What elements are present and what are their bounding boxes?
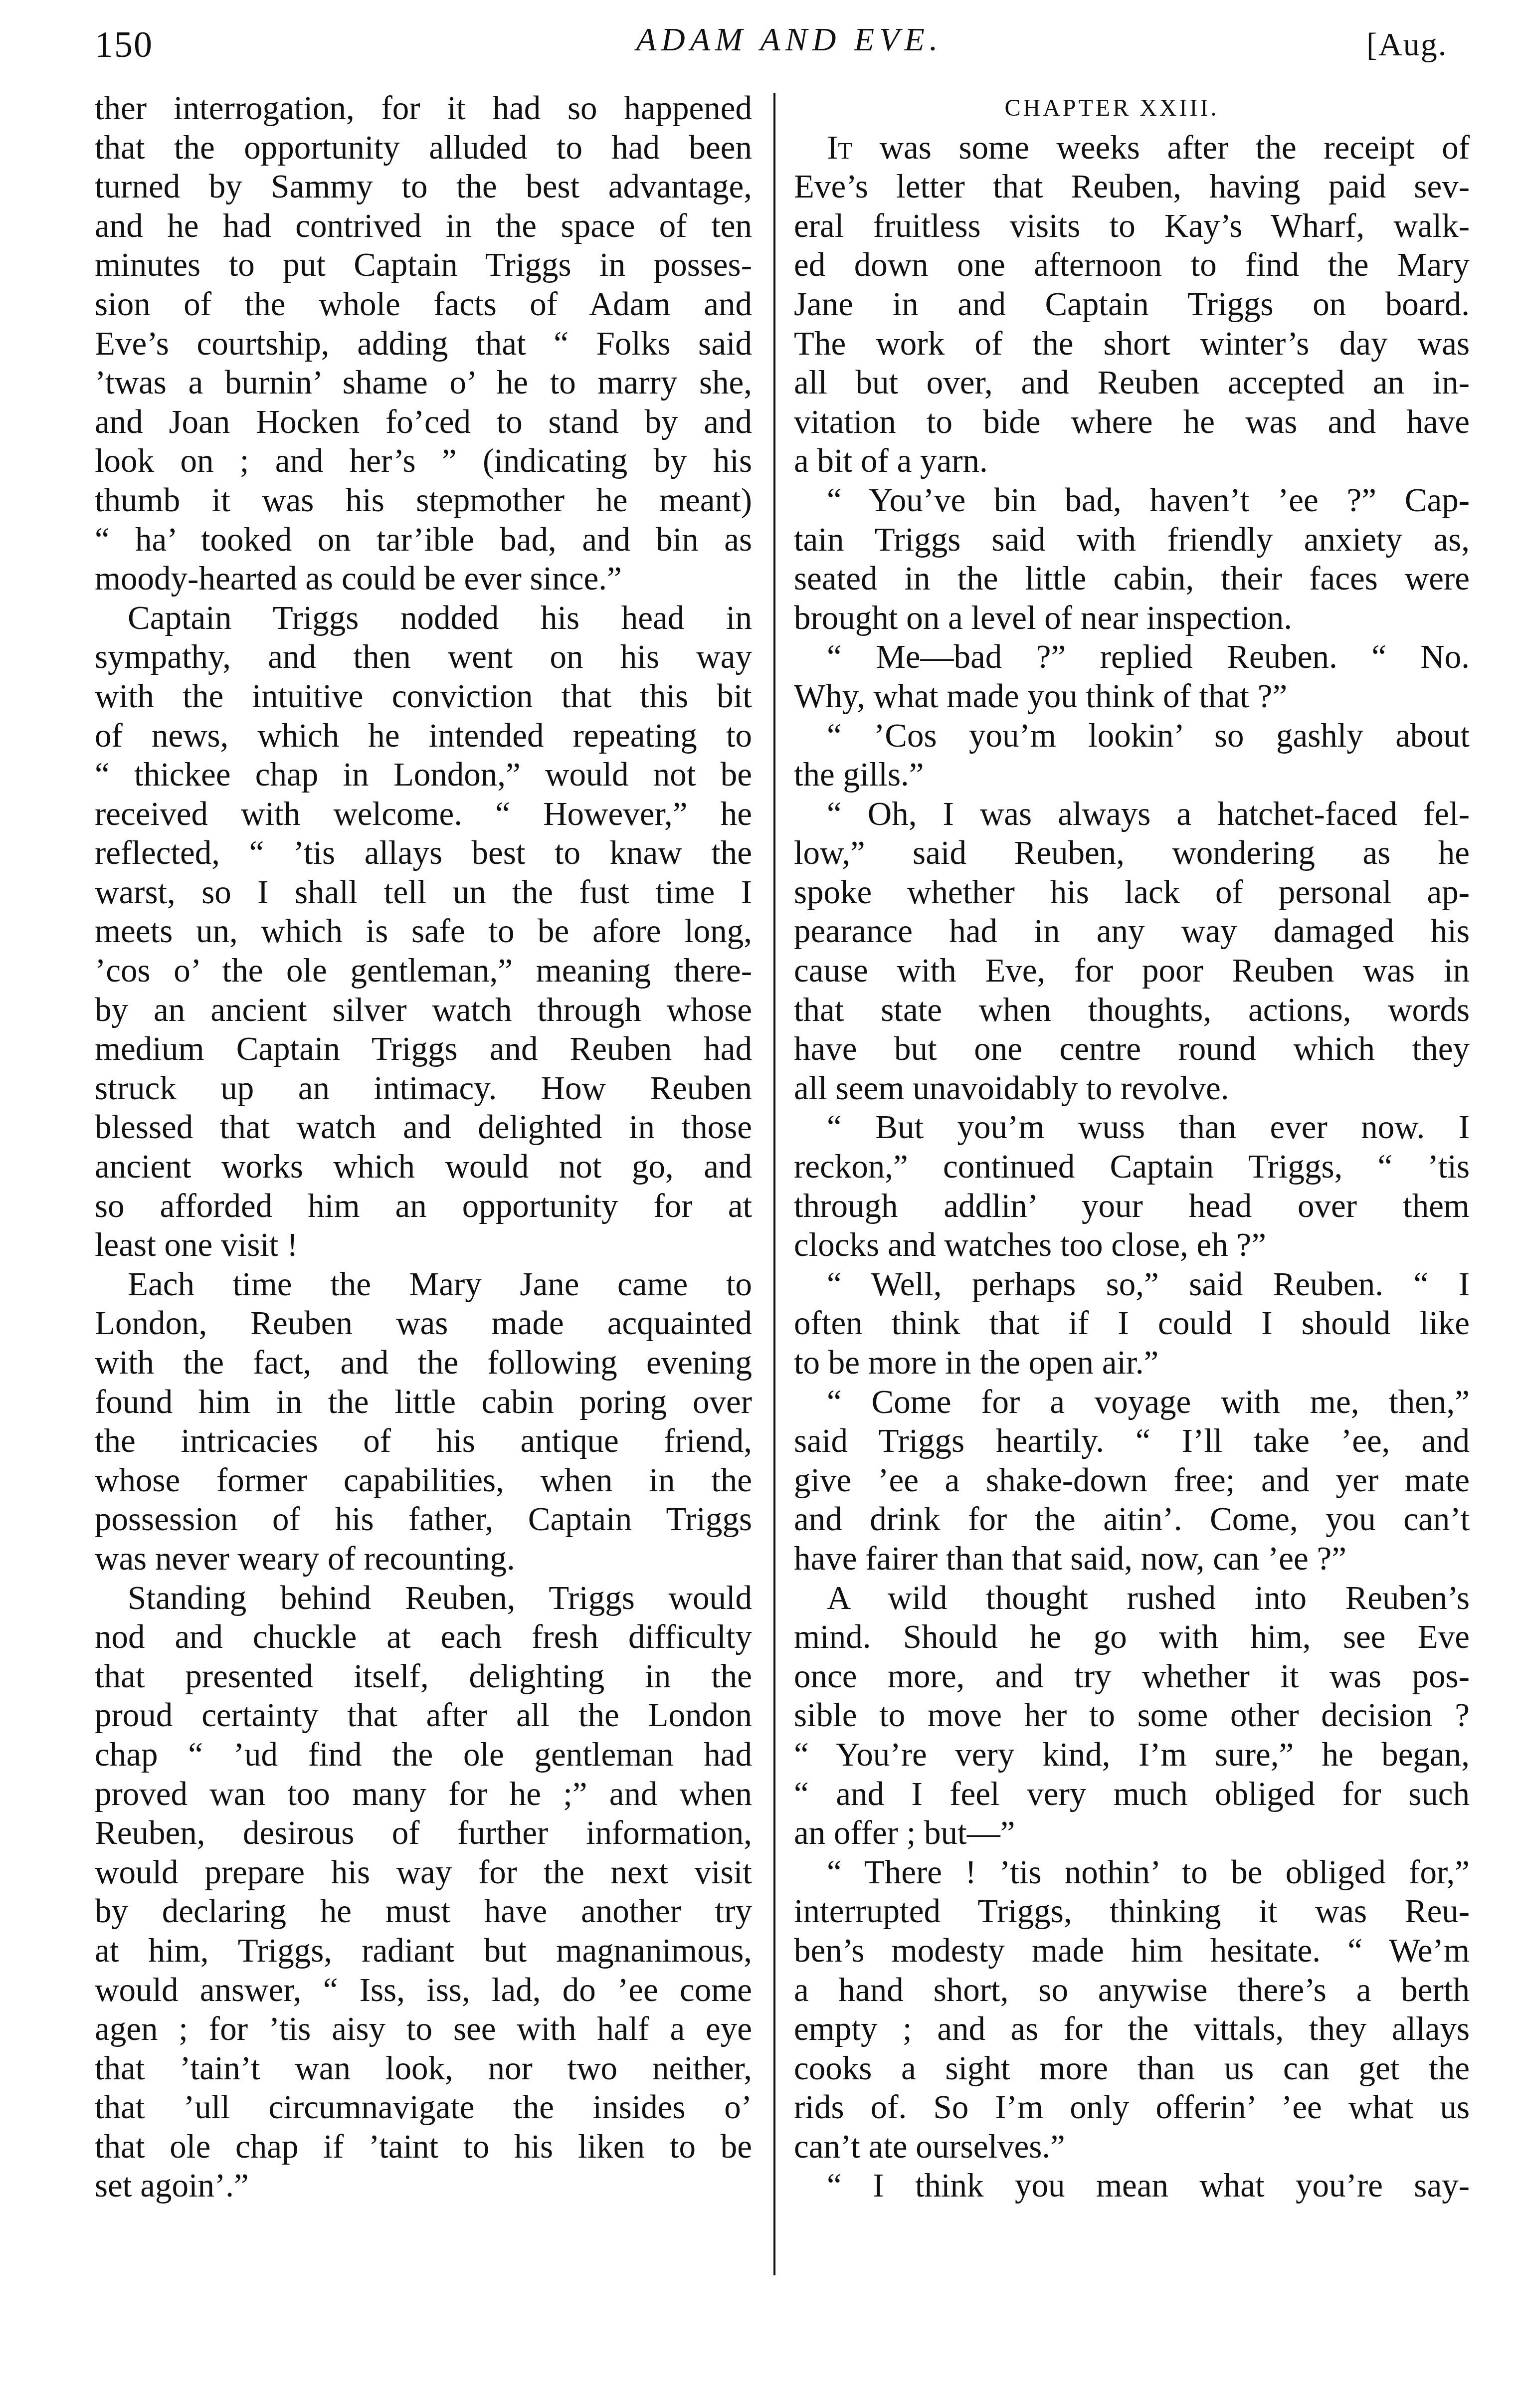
text-line: with the intuitive conviction that this … [95, 677, 752, 716]
text-line: with the fact, and the following evening [95, 1343, 752, 1383]
text-line: Eve’s letter that Reuben, having paid se… [794, 167, 1470, 206]
text-line: Why, what made you think of that ?” [794, 677, 1470, 716]
text-line: whose former capabilities, when in the [95, 1461, 752, 1500]
text-line: Captain Triggs nodded his head in [95, 599, 752, 638]
text-line: “ I think you mean what you’re say- [794, 2166, 1470, 2206]
text-line: and Joan Hocken fo’ced to stand by and [95, 402, 752, 442]
text-line: eral fruitless visits to Kay’s Wharf, wa… [794, 206, 1470, 246]
text-line: all seem unavoidably to revolve. [794, 1069, 1470, 1108]
text-line: “ Come for a voyage with me, then,” [794, 1383, 1470, 1422]
chapter-heading: CHAPTER XXIII. [794, 89, 1470, 128]
text-line: minutes to put Captain Triggs in posses- [95, 245, 752, 285]
text-line: that presented itself, delighting in the [95, 1657, 752, 1696]
text-line: empty ; and as for the vittals, they all… [794, 2009, 1470, 2049]
text-line: reckon,” continued Captain Triggs, “ ’ti… [794, 1147, 1470, 1187]
text-line: all but over, and Reuben accepted an in- [794, 363, 1470, 402]
text-line: set agoin’.” [95, 2166, 752, 2206]
text-line: “ Me—bad ?” replied Reuben. “ No. [794, 637, 1470, 677]
text-line: said Triggs heartily. “ I’ll take ’ee, a… [794, 1421, 1470, 1461]
text-line: that ’ull circumnavigate the insides o’ [95, 2088, 752, 2127]
text-line: warst, so I shall tell un the fust time … [95, 873, 752, 912]
running-month: [Aug. [1366, 26, 1447, 64]
text-line: the gills.” [794, 755, 1470, 795]
text-line: Jane in and Captain Triggs on board. [794, 285, 1470, 324]
text-line: cause with Eve, for poor Reuben was in [794, 951, 1470, 991]
text-line: “ You’re very kind, I’m sure,” he began, [794, 1735, 1470, 1775]
text-line: It was some weeks after the receipt of [794, 128, 1470, 168]
text-line: at him, Triggs, radiant but magnanimous, [95, 1931, 752, 1971]
text-line: once more, and try whether it was pos- [794, 1657, 1470, 1696]
text-line: that ’tain’t wan look, nor two neither, [95, 2049, 752, 2088]
text-line: the intricacies of his antique friend, [95, 1421, 752, 1461]
text-line: reflected, “ ’tis allays best to knaw th… [95, 833, 752, 873]
text-line: would answer, “ Iss, iss, lad, do ’ee co… [95, 1971, 752, 2010]
text-line: have fairer than that said, now, can ’ee… [794, 1539, 1470, 1579]
text-line: through addlin’ your head over them [794, 1187, 1470, 1226]
text-line: cooks a sight more than us can get the [794, 2049, 1470, 2088]
text-line: The work of the short winter’s day was [794, 324, 1470, 364]
text-line: found him in the little cabin poring ove… [95, 1383, 752, 1422]
text-line: Eve’s courtship, adding that “ Folks sai… [95, 324, 752, 364]
text-line: ther interrogation, for it had so happen… [95, 89, 752, 128]
right-column: CHAPTER XXIII. It was some weeks after t… [794, 89, 1470, 2206]
text-line: sympathy, and then went on his way [95, 637, 752, 677]
text-line: low,” said Reuben, wondering as he [794, 833, 1470, 873]
text-line: sible to move her to some other decision… [794, 1696, 1470, 1735]
text-line: ed down one afternoon to find the Mary [794, 245, 1470, 285]
text-line-content: was some weeks after the receipt of [880, 129, 1470, 166]
text-line: a hand short, so anywise there’s a berth [794, 1971, 1470, 2010]
text-line: possession of his father, Captain Triggs [95, 1500, 752, 1539]
text-line: ancient works which would not go, and [95, 1147, 752, 1187]
text-line: struck up an intimacy. How Reuben [95, 1069, 752, 1108]
text-line: an offer ; but—” [794, 1813, 1470, 1853]
running-head: 150 ADAM AND EVE. [Aug. [0, 9, 1519, 64]
text-line: “ ’Cos you’m lookin’ so gashly about [794, 716, 1470, 756]
text-line: nod and chuckle at each fresh difficulty [95, 1617, 752, 1657]
text-line: A wild thought rushed into Reuben’s [794, 1579, 1470, 1618]
text-line: that ole chap if ’taint to his liken to … [95, 2127, 752, 2167]
text-line: proud certainty that after all the Londo… [95, 1696, 752, 1735]
text-line: moody-hearted as could be ever since.” [95, 559, 752, 599]
text-line: blessed that watch and delighted in thos… [95, 1108, 752, 1147]
text-line: “ There ! ’tis nothin’ to be obliged for… [794, 1853, 1470, 1892]
text-line: “ thickee chap in London,” would not be [95, 755, 752, 795]
text-line: agen ; for ’tis aisy to see with half a … [95, 2009, 752, 2049]
text-line: would prepare his way for the next visit [95, 1853, 752, 1892]
text-line: interrupted Triggs, thinking it was Reu- [794, 1892, 1470, 1931]
opening-word: It [827, 129, 852, 166]
text-line: that state when thoughts, actions, words [794, 991, 1470, 1030]
text-line: and he had contrived in the space of ten [95, 206, 752, 246]
text-line: brought on a level of near inspection. [794, 599, 1470, 638]
text-line: to be more in the open air.” [794, 1343, 1470, 1383]
text-line: ben’s modesty made him hesitate. “ We’m [794, 1931, 1470, 1971]
text-line: seated in the little cabin, their faces … [794, 559, 1470, 599]
text-line: “ You’ve bin bad, haven’t ’ee ?” Cap- [794, 481, 1470, 520]
text-line: ’cos o’ the ole gentleman,” meaning ther… [95, 951, 752, 991]
text-line: “ Well, perhaps so,” said Reuben. “ I [794, 1265, 1470, 1304]
text-line: meets un, which is safe to be afore long… [95, 912, 752, 951]
text-line: of news, which he intended repeating to [95, 716, 752, 756]
text-line: spoke whether his lack of personal ap- [794, 873, 1470, 912]
text-line: ’twas a burnin’ shame o’ he to marry she… [95, 363, 752, 402]
text-line: a bit of a yarn. [794, 441, 1470, 481]
text-line: pearance had in any way damaged his [794, 912, 1470, 951]
column-divider [773, 93, 775, 2275]
text-line: chap “ ’ud find the ole gentleman had [95, 1735, 752, 1775]
text-line: clocks and watches too close, eh ?” [794, 1225, 1470, 1265]
text-line: often think that if I could I should lik… [794, 1304, 1470, 1343]
text-line: “ ha’ tooked on tar’ible bad, and bin as [95, 520, 752, 560]
text-line: thumb it was his stepmother he meant) [95, 481, 752, 520]
text-line: by an ancient silver watch through whose [95, 991, 752, 1030]
text-line: rids of. So I’m only offerin’ ’ee what u… [794, 2088, 1470, 2127]
text-line: sion of the whole facts of Adam and [95, 285, 752, 324]
text-line: and drink for the aitin’. Come, you can’… [794, 1500, 1470, 1539]
left-column: ther interrogation, for it had so happen… [95, 89, 752, 2206]
text-line: Each time the Mary Jane came to [95, 1265, 752, 1304]
running-title: ADAM AND EVE. [0, 21, 1519, 59]
text-line: least one visit ! [95, 1225, 752, 1265]
text-line: so afforded him an opportunity for at [95, 1187, 752, 1226]
text-line: “ But you’m wuss than ever now. I [794, 1108, 1470, 1147]
text-line: London, Reuben was made acquainted [95, 1304, 752, 1343]
text-line: Reuben, desirous of further information, [95, 1813, 752, 1853]
text-line: was never weary of recounting. [95, 1539, 752, 1579]
text-line: Standing behind Reuben, Triggs would [95, 1579, 752, 1618]
text-line: mind. Should he go with him, see Eve [794, 1617, 1470, 1657]
text-line: can’t ate ourselves.” [794, 2127, 1470, 2167]
text-line: “ and I feel very much obliged for such [794, 1775, 1470, 1814]
text-line: vitation to bide where he was and have [794, 402, 1470, 442]
text-line: by declaring he must have another try [95, 1892, 752, 1931]
text-line: “ Oh, I was always a hatchet-faced fel- [794, 795, 1470, 834]
text-line: received with welcome. “ However,” he [95, 795, 752, 834]
text-line: medium Captain Triggs and Reuben had [95, 1029, 752, 1069]
text-line: look on ; and her’s ” (indicating by his [95, 441, 752, 481]
text-line: proved wan too many for he ;” and when [95, 1775, 752, 1814]
text-line: turned by Sammy to the best advantage, [95, 167, 752, 206]
text-line: that the opportunity alluded to had been [95, 128, 752, 168]
text-line: give ’ee a shake-down free; and yer mate [794, 1461, 1470, 1500]
text-line: tain Triggs said with friendly anxiety a… [794, 520, 1470, 560]
text-line: have but one centre round which they [794, 1029, 1470, 1069]
